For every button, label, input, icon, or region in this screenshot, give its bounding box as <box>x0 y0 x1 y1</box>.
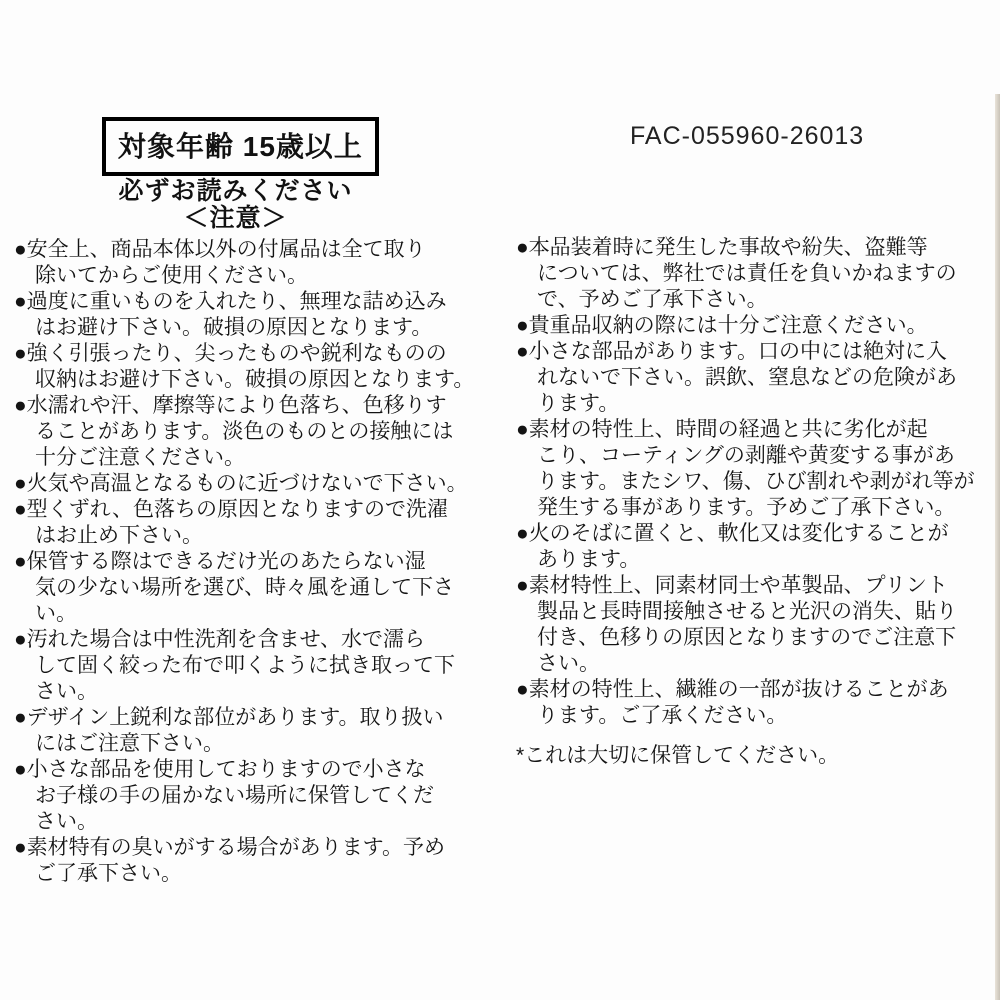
notice-item: ●本品装着時に発生した事故や紛失、盗難等 については、弊社では責任を負いかねます… <box>516 235 996 313</box>
notice-item: ●強く引張ったり、尖ったものや鋭利なものの 収納はお避け下さい。破損の原因となり… <box>14 341 494 393</box>
notice-item: ●小さな部品があります。口の中には絶対に入 れないで下さい。誤飲、窒息などの危険… <box>516 339 996 417</box>
header-subtitle: 必ずお読みください ＜注意＞ <box>88 178 383 232</box>
warning-notice-sheet: 対象年齢 15歳以上 必ずお読みください ＜注意＞ FAC-055960-260… <box>0 0 1000 1000</box>
notice-item: ●素材特有の臭いがする場合があります。予め ご了承下さい。 <box>14 835 494 887</box>
notice-item: ●保管する際はできるだけ光のあたらない湿 気の少ない場所を選び、時々風を通して下… <box>14 549 494 627</box>
notice-column-right: ●本品装着時に発生した事故や紛失、盗難等 については、弊社では責任を負いかねます… <box>516 235 996 769</box>
notice-item: ●素材の特性上、繊維の一部が抜けることがあ ります。ご了承ください。 <box>516 677 996 729</box>
notice-item: ●安全上、商品本体以外の付属品は全て取り 除いてからご使用ください。 <box>14 237 494 289</box>
age-restriction-box: 対象年齢 15歳以上 <box>102 117 379 176</box>
product-code: FAC-055960-26013 <box>630 122 864 151</box>
notice-item: ●素材特性上、同素材同士や革製品、プリント 製品と長時間接触させると光沢の消失、… <box>516 573 996 677</box>
notice-item: ●デザイン上鋭利な部位があります。取り扱い にはご注意下さい。 <box>14 705 494 757</box>
notice-item: ●素材の特性上、時間の経過と共に劣化が起 こり、コーティングの剥離や黄変する事が… <box>516 417 996 521</box>
notice-item: ●過度に重いものを入れたり、無理な詰め込み はお避け下さい。破損の原因となります… <box>14 289 494 341</box>
notice-item: ●火気や高温となるものに近づけないで下さい。 <box>14 471 494 497</box>
caution-heading: ＜注意＞ <box>88 205 383 232</box>
notice-column-left: ●安全上、商品本体以外の付属品は全て取り 除いてからご使用ください。 ●過度に重… <box>14 237 494 887</box>
notice-item: ●貴重品収納の際には十分ご注意ください。 <box>516 313 996 339</box>
notice-item: ●小さな部品を使用しておりますので小さな お子様の手の届かない場所に保管してくだ… <box>14 757 494 835</box>
keep-this-footnote: *これは大切に保管してください。 <box>516 743 996 769</box>
notice-item: ●水濡れや汗、摩擦等により色落ち、色移りす ることがあります。淡色のものとの接触… <box>14 393 494 471</box>
must-read-heading: 必ずお読みください <box>88 178 383 205</box>
notice-item: ●汚れた場合は中性洗剤を含ませ、水で濡ら して固く絞った布で叩くように拭き取って… <box>14 627 494 705</box>
notice-item: ●火のそばに置くと、軟化又は変化することが あります。 <box>516 521 996 573</box>
notice-item: ●型くずれ、色落ちの原因となりますので洗濯 はお止め下さい。 <box>14 497 494 549</box>
